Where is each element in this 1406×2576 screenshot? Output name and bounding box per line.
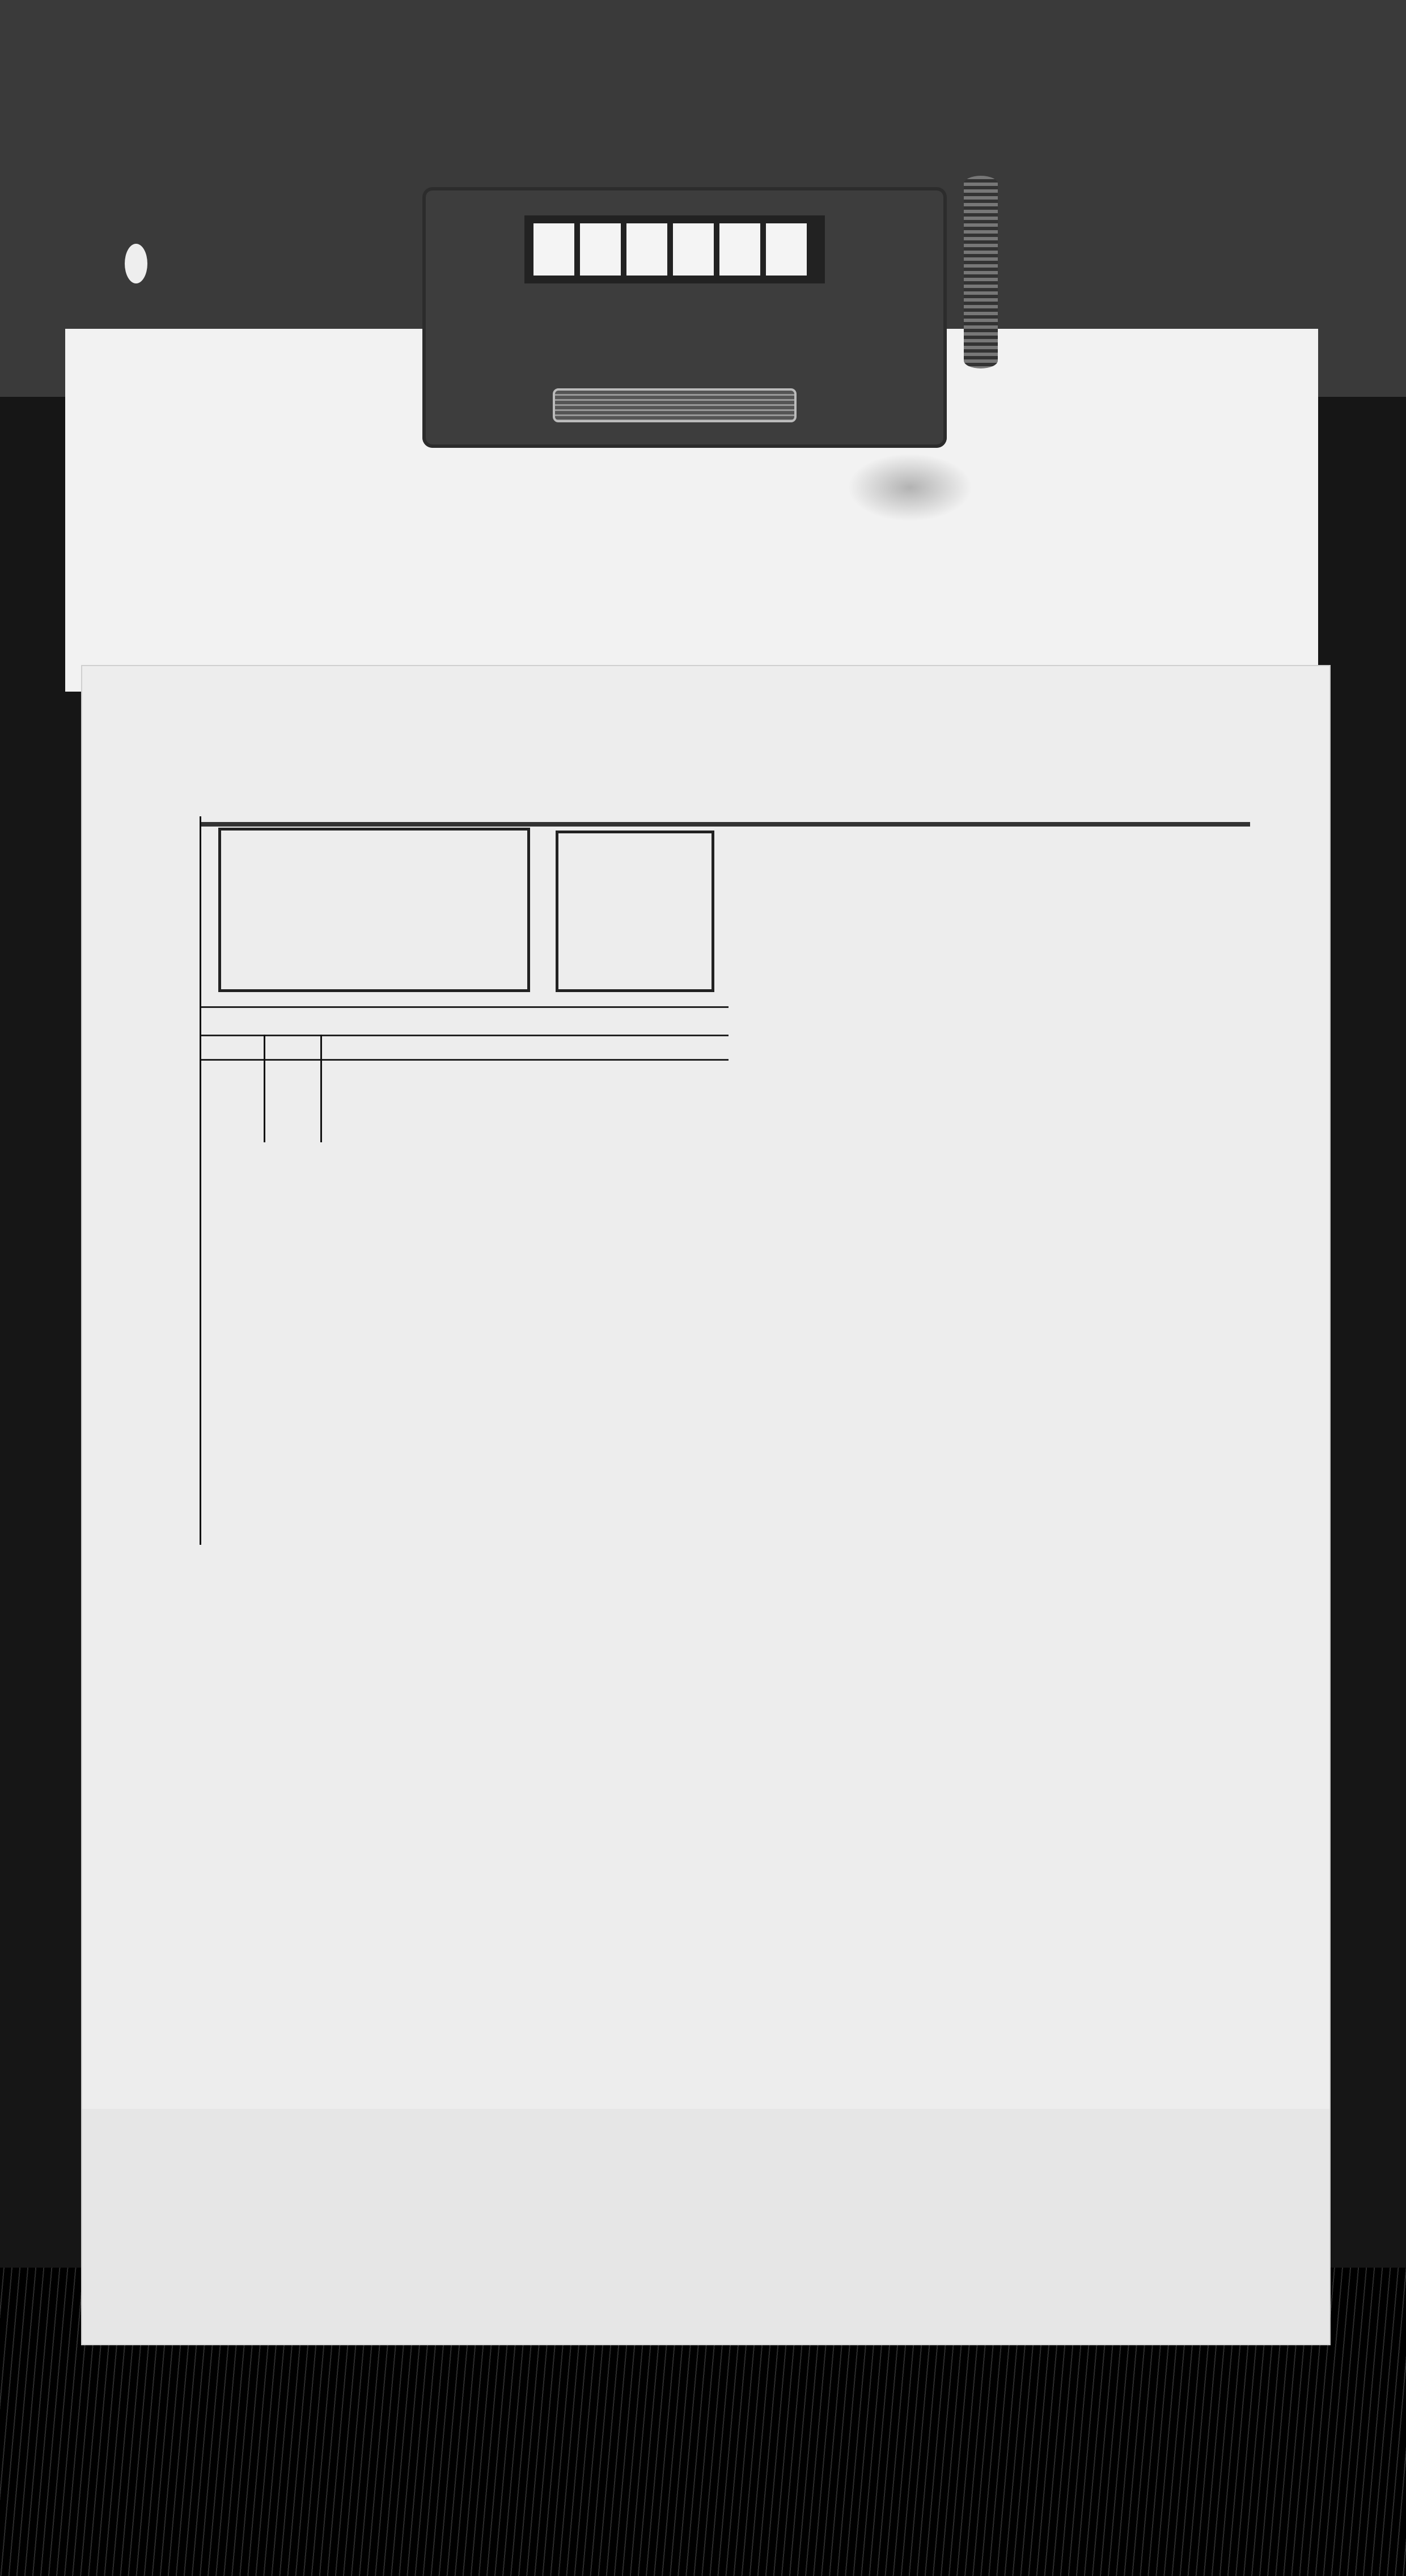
counter-thumbwheel [964, 176, 998, 368]
angenommen-row-rule [201, 1059, 729, 1061]
counter-digit [533, 223, 574, 276]
angenommen-header-rule [201, 1035, 729, 1036]
title-rule [201, 822, 1250, 827]
col-divider [264, 1035, 265, 1142]
paper-fragment [125, 244, 147, 283]
margin-note [170, 816, 193, 1088]
form-left-border [200, 816, 201, 1545]
manufacturer-plate [553, 388, 797, 422]
frame-counter-device [422, 187, 947, 448]
form-sheet-lower-area [82, 2109, 1329, 2344]
counter-digit [626, 223, 667, 276]
nr-box [556, 831, 714, 992]
counter-digit [673, 223, 714, 276]
ink-smudge [848, 454, 972, 522]
counter-digit [580, 223, 621, 276]
nachr-stelle-box [218, 828, 530, 992]
counter-digit [766, 223, 807, 276]
counter-window [524, 215, 825, 283]
counter-digit [719, 223, 760, 276]
angenommen-rule [201, 1006, 729, 1008]
col-divider [320, 1035, 322, 1142]
